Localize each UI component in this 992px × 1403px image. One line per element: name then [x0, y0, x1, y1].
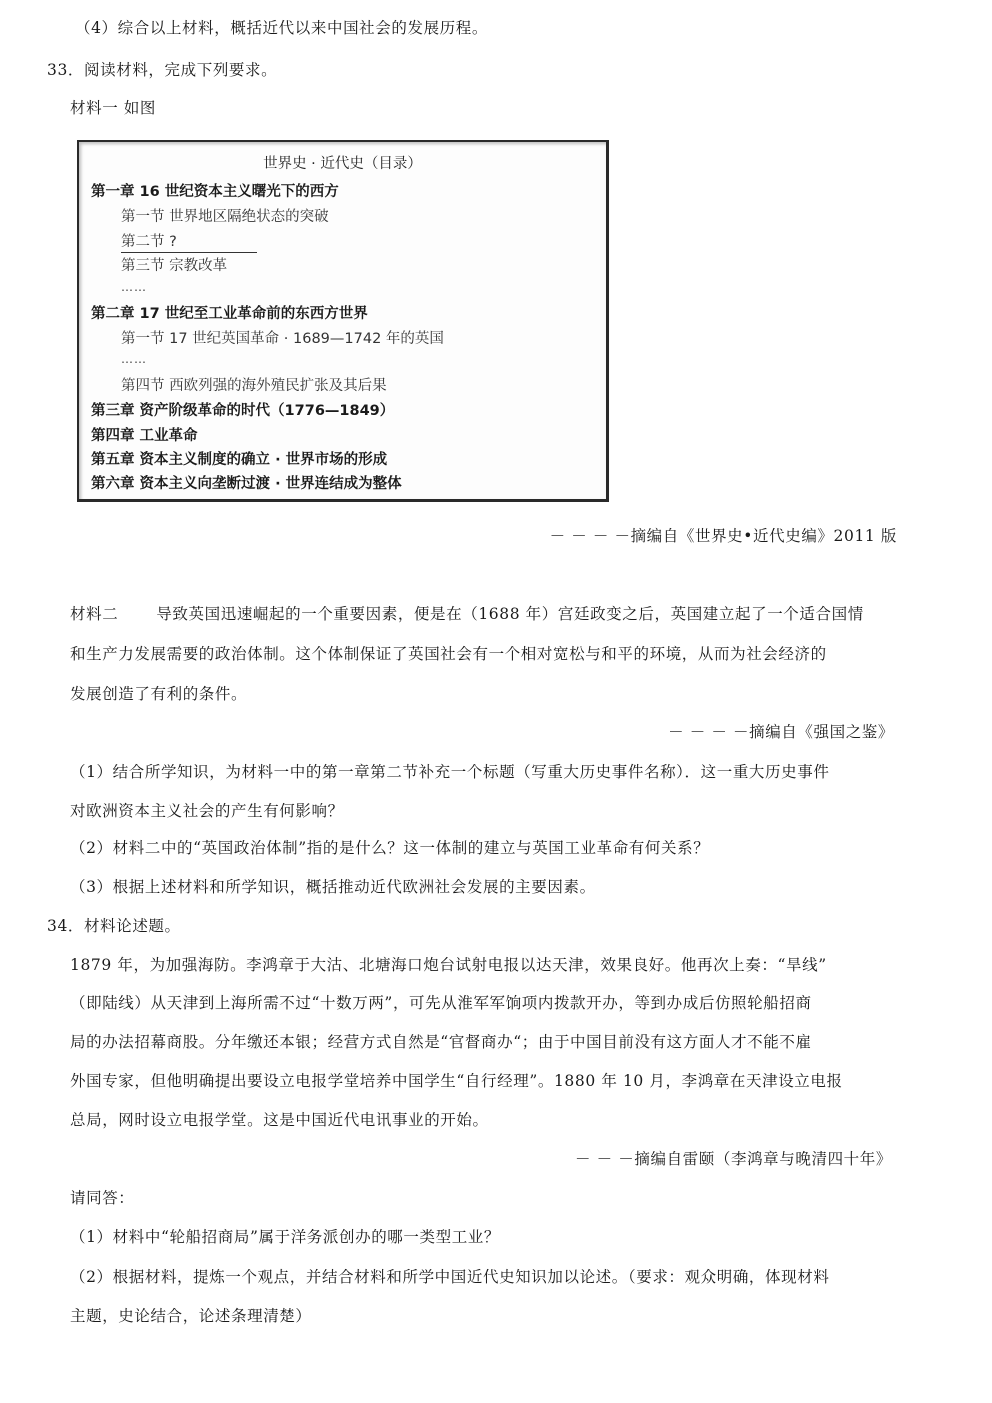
q34-material-line-2: （即陆线）从天津到上海所需不过“十数万两”，可先从淮军军饷项内拨款开办，等到办成…: [70, 993, 812, 1013]
q34-material-line-4: 外国专家，但他明确提出要设立电报学堂培养中国学生“自行经理”。1880 年 10…: [70, 1071, 843, 1091]
toc-ch2-ellipsis: ……: [121, 352, 147, 366]
toc-ch1-section-2: 第二节 ?: [121, 230, 257, 253]
q33-header: 33．阅读材料，完成下列要求。: [47, 60, 277, 80]
q34-header: 34．材料论述题。: [47, 916, 181, 936]
toc-chapter-1: 第一章 16 世纪资本主义曙光下的西方: [91, 180, 339, 201]
material1-label: 材料一 如图: [70, 98, 156, 118]
toc-figure: 世界史 · 近代史（目录） 第一章 16 世纪资本主义曙光下的西方 第一节 世界…: [77, 140, 609, 502]
material2-label: 材料二: [70, 605, 118, 623]
q34-material-line-3: 局的办法招幕商股。分年缴还本银；经营方式自然是“官督商办“；由于中国目前没有这方…: [70, 1032, 812, 1052]
toc-title: 世界史 · 近代史（目录）: [79, 152, 606, 173]
toc-ch2-section-1: 第一节 17 世纪英国革命 · 1689—1742 年的英国: [121, 327, 444, 348]
material2-line-3: 发展创造了有利的条件。: [70, 684, 247, 704]
toc-chapter-6: 第六章 资本主义向垄断过渡 · 世界连结成为整体: [91, 472, 402, 493]
q34-prompt: 请同答：: [70, 1188, 134, 1208]
q34-material-line-5: 总局，网时设立电报学堂。这是中国近代电讯事业的开始。: [70, 1110, 489, 1130]
q34-sub1: （1）材料中“轮船招商局”属于洋务派创办的哪一类型工业？: [70, 1227, 500, 1247]
q33-sub1-line-1: （1）结合所学知识，为材料一中的第一章第二节补充一个标题（写重大历史事件名称）．…: [70, 762, 829, 782]
toc-ch1-ellipsis: ……: [121, 280, 147, 294]
material2-line-1: 材料二导致英国迅速崛起的一个重要因素，便是在（1688 年）宫廷政变之后，英国建…: [70, 604, 864, 624]
toc-chapter-2: 第二章 17 世纪至工业革命前的东西方世界: [91, 302, 368, 323]
toc-ch2-section-4: 第四节 西欧列强的海外殖民扩张及其后果: [121, 374, 387, 395]
q34-sub2-line-1: （2）根据材料，提炼一个观点，并结合材料和所学中国近代史知识加以论述。（要求：观…: [70, 1267, 829, 1287]
q34-material-line-1: 1879 年，为加强海防。李鸿章于大沽、北塘海口炮台试射电报以达天津，效果良好。…: [70, 955, 827, 975]
material2-text-1: 导致英国迅速崛起的一个重要因素，便是在（1688 年）宫廷政变之后，英国建立起了…: [156, 605, 863, 623]
material2-line-2: 和生产力发展需要的政治体制。这个体制保证了英国社会有一个相对宽松与和平的环境，从…: [70, 644, 827, 664]
toc-ch1-section-2-blank: 第二节 ?: [121, 230, 257, 253]
material2-source: － － － －摘编自《强国之鉴》: [668, 722, 894, 742]
material1-source: － － － －摘编自《世界史•近代史编》2011 版: [550, 526, 897, 546]
q32-sub4: （4）综合以上材料，概括近代以来中国社会的发展历程。: [75, 18, 488, 38]
toc-chapter-4: 第四章 工业革命: [91, 424, 198, 445]
q33-sub2: （2）材料二中的“英国政治体制”指的是什么？这一体制的建立与英国工业革命有何关系…: [70, 838, 709, 858]
toc-chapter-5: 第五章 资本主义制度的确立 · 世界市场的形成: [91, 448, 387, 469]
toc-ch1-section-1: 第一节 世界地区隔绝状态的突破: [121, 205, 329, 226]
toc-ch1-section-3: 第三节 宗教改革: [121, 254, 227, 275]
q33-sub3: （3）根据上述材料和所学知识，概括推动近代欧洲社会发展的主要因素。: [70, 877, 596, 897]
q34-source: － － －摘编自雷颐（李鸿章与晚清四十年》: [575, 1149, 892, 1169]
q33-sub1-line-2: 对欧洲资本主义社会的产生有何影响？: [70, 801, 344, 821]
toc-chapter-3: 第三章 资产阶级革命的时代（1776—1849）: [91, 399, 394, 420]
q34-sub2-line-2: 主题，史论结合，论述条理清楚）: [70, 1306, 312, 1326]
